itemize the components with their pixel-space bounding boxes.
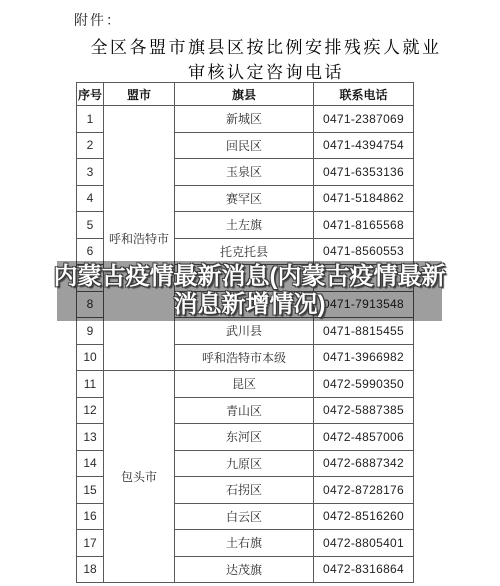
phone-cell: 0471-5184862 — [314, 185, 414, 212]
row-no-cell: 5 — [77, 212, 104, 239]
row-no-cell: 12 — [77, 397, 104, 424]
row-no-cell: 14 — [77, 450, 104, 477]
phone-cell: 0471-4394754 — [314, 132, 414, 159]
row-no-cell: 18 — [77, 556, 104, 583]
col-header-no: 序号 — [77, 83, 104, 106]
county-cell: 九原区 — [175, 450, 314, 477]
county-cell: 回民区 — [175, 132, 314, 159]
city-cell: 包头市 — [104, 371, 175, 583]
col-header-city: 盟市 — [104, 83, 175, 106]
table-body: 1呼和浩特市新城区0471-23870692回民区0471-43947543玉泉… — [77, 106, 414, 583]
contact-phone-table: 序号 盟市 旗县 联系电话 1呼和浩特市新城区0471-23870692回民区0… — [76, 82, 414, 583]
phone-cell: 0472-5990350 — [314, 371, 414, 398]
col-header-phone: 联系电话 — [314, 83, 414, 106]
city-cell: 呼和浩特市 — [104, 106, 175, 371]
phone-cell: 0471-6353136 — [314, 159, 414, 186]
row-no-cell: 10 — [77, 344, 104, 371]
phone-cell: 0472-8316864 — [314, 556, 414, 583]
county-cell: 石拐区 — [175, 477, 314, 504]
attachment-label: 附件： — [74, 10, 122, 30]
table-row: 1呼和浩特市新城区0471-2387069 — [77, 106, 414, 133]
county-cell: 赛罕区 — [175, 185, 314, 212]
document-page: 附件： 全区各盟市旗县区按比例安排残疾人就业 审核认定咨询电话 序号 盟市 旗县… — [0, 0, 500, 586]
row-no-cell: 17 — [77, 530, 104, 557]
table-row: 11包头市昆区0472-5990350 — [77, 371, 414, 398]
county-cell: 新城区 — [175, 106, 314, 133]
county-cell: 土左旗 — [175, 212, 314, 239]
county-cell: 青山区 — [175, 397, 314, 424]
phone-cell: 0472-4857006 — [314, 424, 414, 451]
phone-cell: 0472-5887385 — [314, 397, 414, 424]
county-cell: 达茂旗 — [175, 556, 314, 583]
header-row: 序号 盟市 旗县 联系电话 — [77, 83, 414, 106]
row-no-cell: 15 — [77, 477, 104, 504]
title-line-1: 全区各盟市旗县区按比例安排残疾人就业 — [76, 35, 456, 60]
phone-cell: 0471-8815455 — [314, 318, 414, 345]
watermark-line-2: 消息新增情况) — [174, 291, 326, 319]
row-no-cell: 16 — [77, 503, 104, 530]
watermark-banner: 内蒙古疫情最新消息(内蒙古疫情最新 消息新增情况) — [57, 261, 442, 321]
phone-cell: 0472-8805401 — [314, 530, 414, 557]
phone-cell: 0471-3966982 — [314, 344, 414, 371]
row-no-cell: 4 — [77, 185, 104, 212]
county-cell: 昆区 — [175, 371, 314, 398]
row-no-cell: 3 — [77, 159, 104, 186]
row-no-cell: 2 — [77, 132, 104, 159]
watermark-line-1: 内蒙古疫情最新消息(内蒙古疫情最新 — [54, 263, 446, 291]
phone-cell: 0471-8165568 — [314, 212, 414, 239]
row-no-cell: 11 — [77, 371, 104, 398]
phone-cell: 0471-2387069 — [314, 106, 414, 133]
phone-cell: 0472-6887342 — [314, 450, 414, 477]
county-cell: 白云区 — [175, 503, 314, 530]
phone-cell: 0472-8728176 — [314, 477, 414, 504]
county-cell: 土右旗 — [175, 530, 314, 557]
phone-cell: 0472-8516260 — [314, 503, 414, 530]
county-cell: 东河区 — [175, 424, 314, 451]
county-cell: 玉泉区 — [175, 159, 314, 186]
county-cell: 呼和浩特市本级 — [175, 344, 314, 371]
row-no-cell: 9 — [77, 318, 104, 345]
row-no-cell: 1 — [77, 106, 104, 133]
row-no-cell: 13 — [77, 424, 104, 451]
table-header: 序号 盟市 旗县 联系电话 — [77, 83, 414, 106]
document-title: 全区各盟市旗县区按比例安排残疾人就业 审核认定咨询电话 — [76, 35, 456, 85]
col-header-county: 旗县 — [175, 83, 314, 106]
county-cell: 武川县 — [175, 318, 314, 345]
